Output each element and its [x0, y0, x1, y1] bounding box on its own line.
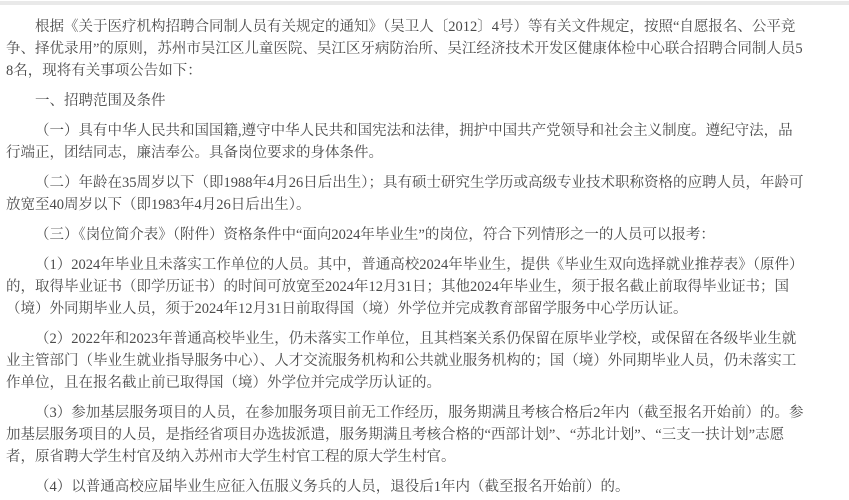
paragraph-condition-3: （三）《岗位简介表》（附件）资格条件中“面向2024年毕业生”的岗位，符合下列情…	[6, 224, 805, 246]
paragraph-condition-2: （二）年龄在35周岁以下（即1988年4月26日后出生）；具有硕士研究生学历或高…	[6, 172, 805, 216]
paragraph-case-4: （4）以普通高校应届毕业生应征入伍服义务兵的人员，退役后1年内（截至报名开始前）…	[6, 476, 805, 498]
paragraph-case-2: （2）2022年和2023年普通高校毕业生，仍未落实工作单位，且其档案关系仍保留…	[6, 328, 805, 394]
section-1-heading: 一、招聘范围及条件	[6, 90, 805, 112]
paragraph-intro: 根据《关于医疗机构招聘合同制人员有关规定的通知》（吴卫人〔2012〕4号）等有关…	[6, 16, 805, 82]
top-border-strip	[0, 1, 849, 5]
paragraph-condition-1: （一）具有中华人民共和国国籍,遵守中华人民共和国宪法和法律，拥护中国共产党领导和…	[6, 120, 805, 164]
paragraph-case-1: （1）2024年毕业且未落实工作单位的人员。其中，普通高校2024年毕业生，提供…	[6, 254, 805, 320]
notice-body: 根据《关于医疗机构招聘合同制人员有关规定的通知》（吴卫人〔2012〕4号）等有关…	[0, 0, 849, 498]
paragraph-case-3: （3）参加基层服务项目的人员，在参加服务项目前无工作经历，服务期满且考核合格后2…	[6, 402, 805, 468]
document-page: 根据《关于医疗机构招聘合同制人员有关规定的通知》（吴卫人〔2012〕4号）等有关…	[0, 0, 849, 500]
